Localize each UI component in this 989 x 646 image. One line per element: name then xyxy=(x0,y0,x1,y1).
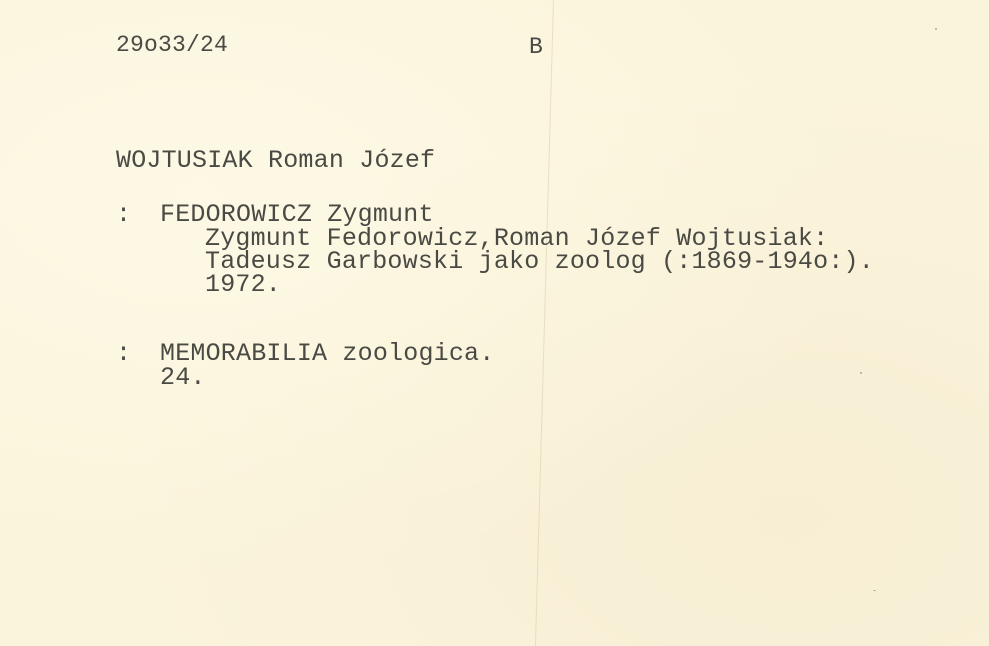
entry-author: MEMORABILIA zoologica. xyxy=(160,343,494,365)
paper-speck xyxy=(935,28,937,30)
entry-line: Tadeusz Garbowski jako zoolog (:1869-194… xyxy=(205,251,874,273)
card-fold-line xyxy=(535,0,554,646)
entry-line: 1972. xyxy=(205,274,281,296)
section-letter: B xyxy=(529,36,543,58)
entry-marker: : xyxy=(116,343,131,365)
entry-line: 24. xyxy=(160,367,206,389)
paper-speck xyxy=(873,590,876,591)
entry-marker: : xyxy=(116,204,131,226)
catalog-card: 29o33/24 B WOJTUSIAK Roman Józef : FEDOR… xyxy=(0,0,989,646)
paper-speck xyxy=(860,372,862,374)
heading-name: WOJTUSIAK Roman Józef xyxy=(116,150,435,172)
entry-author: FEDOROWICZ Zygmunt xyxy=(160,204,434,226)
call-number: 29o33/24 xyxy=(116,34,228,56)
